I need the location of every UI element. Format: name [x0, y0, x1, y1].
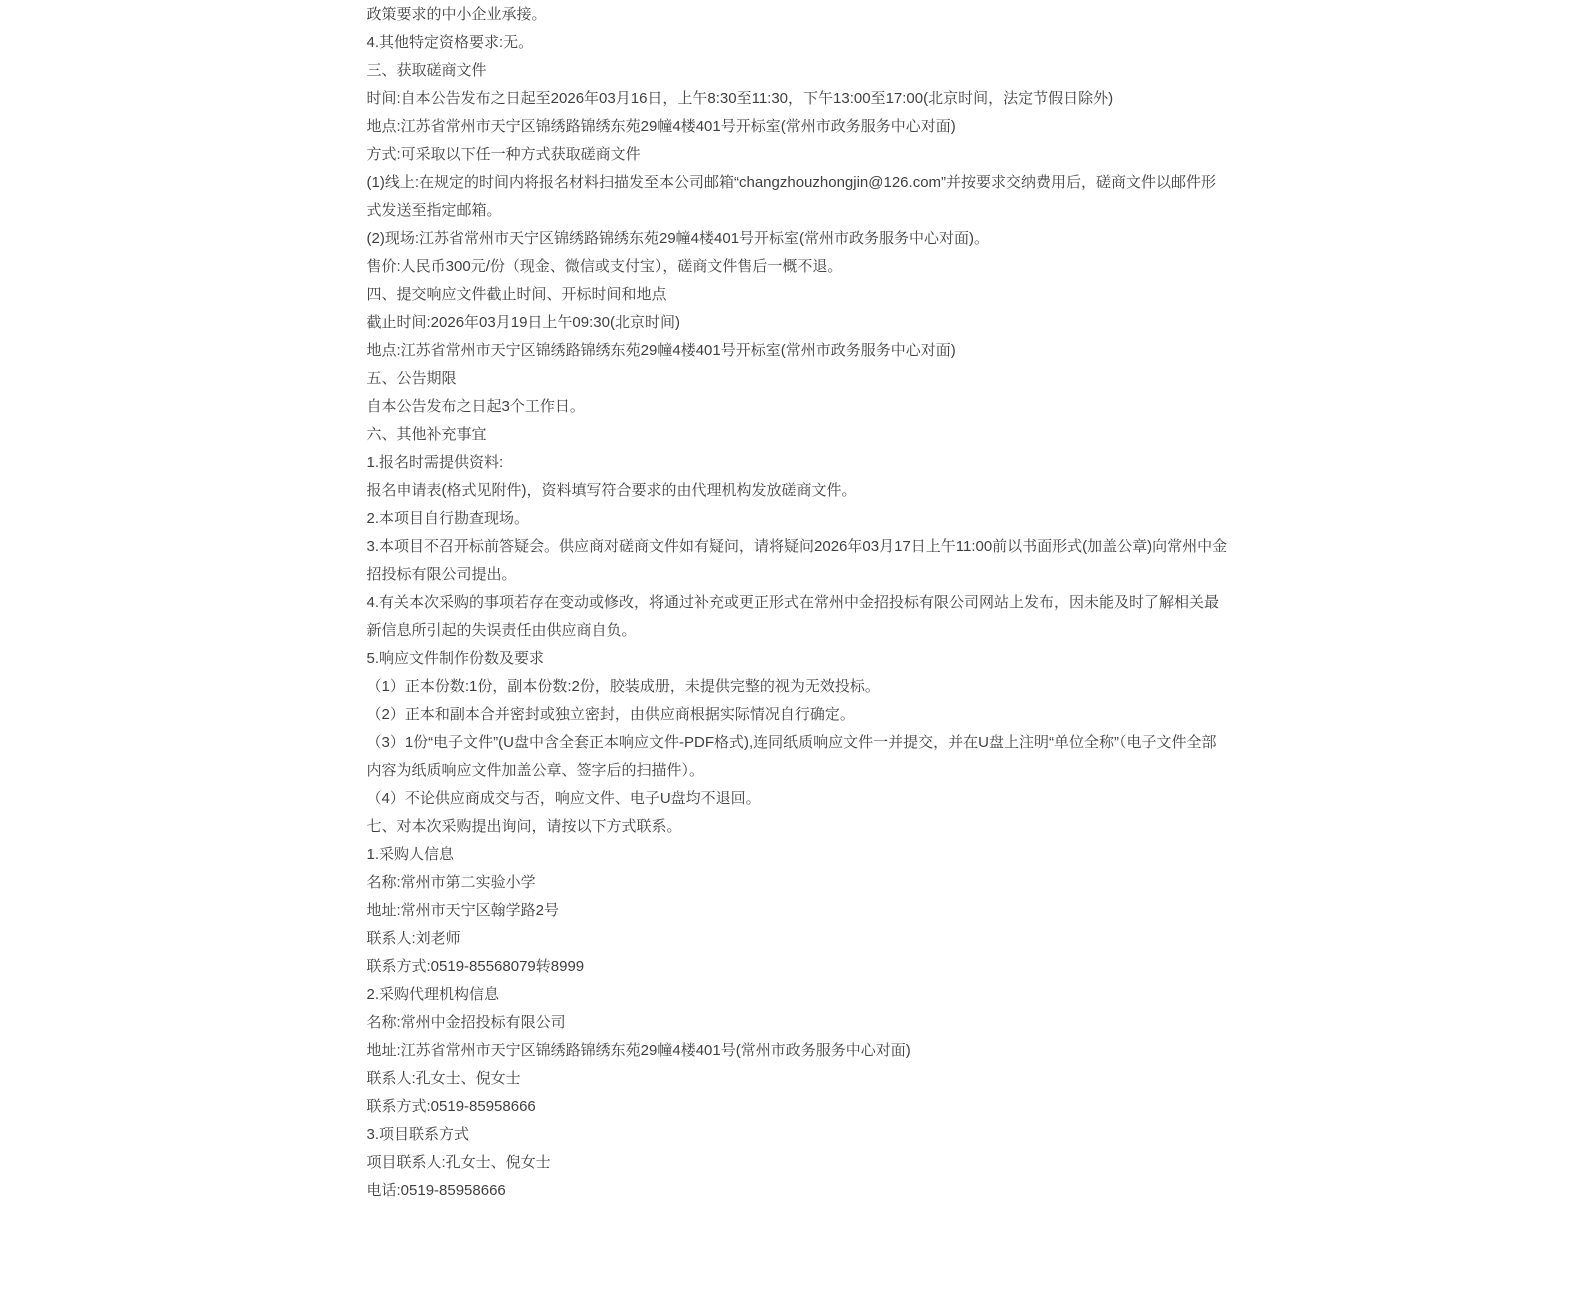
list-item: （3）1份“电子文件”(U盘中含全套正本响应文件-PDF格式),连同纸质响应文件… [367, 729, 1229, 785]
paragraph: 方式:可采取以下任一种方式获取磋商文件 [367, 141, 1229, 169]
paragraph: 报名申请表(格式见附件)，资料填写符合要求的由代理机构发放磋商文件。 [367, 477, 1229, 505]
paragraph: 地址:常州市天宁区翰学路2号 [367, 897, 1229, 925]
paragraph: 政策要求的中小企业承接。 [367, 1, 1229, 29]
paragraph: 联系人:孔女士、倪女士 [367, 1065, 1229, 1093]
paragraph: 截止时间:2026年03月19日上午09:30(北京时间) [367, 309, 1229, 337]
list-item: （1）正本份数:1份，副本份数:2份，胶装成册，未提供完整的视为无效投标。 [367, 673, 1229, 701]
paragraph: 名称:常州中金招投标有限公司 [367, 1009, 1229, 1037]
paragraph: 1.采购人信息 [367, 841, 1229, 869]
paragraph: 联系人:刘老师 [367, 925, 1229, 953]
section-heading: 七、对本次采购提出询问，请按以下方式联系。 [367, 813, 1229, 841]
paragraph: 时间:自本公告发布之日起至2026年03月16日，上午8:30至11:30，下午… [367, 85, 1229, 113]
section-heading: 五、公告期限 [367, 365, 1229, 393]
paragraph: 项目联系人:孔女士、倪女士 [367, 1149, 1229, 1177]
paragraph: (2)现场:江苏省常州市天宁区锦绣路锦绣东苑29幢4楼401号开标室(常州市政务… [367, 225, 1229, 253]
paragraph: 地点:江苏省常州市天宁区锦绣路锦绣东苑29幢4楼401号开标室(常州市政务服务中… [367, 113, 1229, 141]
paragraph: 4.其他特定资格要求:无。 [367, 29, 1229, 57]
paragraph: 1.报名时需提供资料: [367, 449, 1229, 477]
paragraph: 地点:江苏省常州市天宁区锦绣路锦绣东苑29幢4楼401号开标室(常州市政务服务中… [367, 337, 1229, 365]
paragraph: 地址:江苏省常州市天宁区锦绣路锦绣东苑29幢4楼401号(常州市政务服务中心对面… [367, 1037, 1229, 1065]
paragraph: 2.采购代理机构信息 [367, 981, 1229, 1009]
list-item: （2）正本和副本合并密封或独立密封，由供应商根据实际情况自行确定。 [367, 701, 1229, 729]
paragraph: 售价:人民币300元/份（现金、微信或支付宝），磋商文件售后一概不退。 [367, 253, 1229, 281]
paragraph: 3.项目联系方式 [367, 1121, 1229, 1149]
paragraph: 4.有关本次采购的事项若存在变动或修改，将通过补充或更正形式在常州中金招投标有限… [367, 589, 1229, 645]
paragraph: (1)线上:在规定的时间内将报名材料扫描发至本公司邮箱“changzhouzho… [367, 169, 1229, 225]
paragraph: 2.本项目自行勘查现场。 [367, 505, 1229, 533]
paragraph: 3.本项目不召开标前答疑会。供应商对磋商文件如有疑问，请将疑问2026年03月1… [367, 533, 1229, 589]
paragraph: 联系方式:0519-85568079转8999 [367, 953, 1229, 981]
announcement-body: 政策要求的中小企业承接。 4.其他特定资格要求:无。 三、获取磋商文件 时间:自… [367, 0, 1229, 1205]
paragraph: 名称:常州市第二实验小学 [367, 869, 1229, 897]
list-item: （4）不论供应商成交与否，响应文件、电子U盘均不退回。 [367, 785, 1229, 813]
section-heading: 三、获取磋商文件 [367, 57, 1229, 85]
section-heading: 六、其他补充事宜 [367, 421, 1229, 449]
page: 政策要求的中小企业承接。 4.其他特定资格要求:无。 三、获取磋商文件 时间:自… [0, 0, 1595, 1303]
paragraph: 自本公告发布之日起3个工作日。 [367, 393, 1229, 421]
paragraph: 联系方式:0519-85958666 [367, 1093, 1229, 1121]
paragraph: 电话:0519-85958666 [367, 1177, 1229, 1205]
paragraph: 5.响应文件制作份数及要求 [367, 645, 1229, 673]
section-heading: 四、提交响应文件截止时间、开标时间和地点 [367, 281, 1229, 309]
